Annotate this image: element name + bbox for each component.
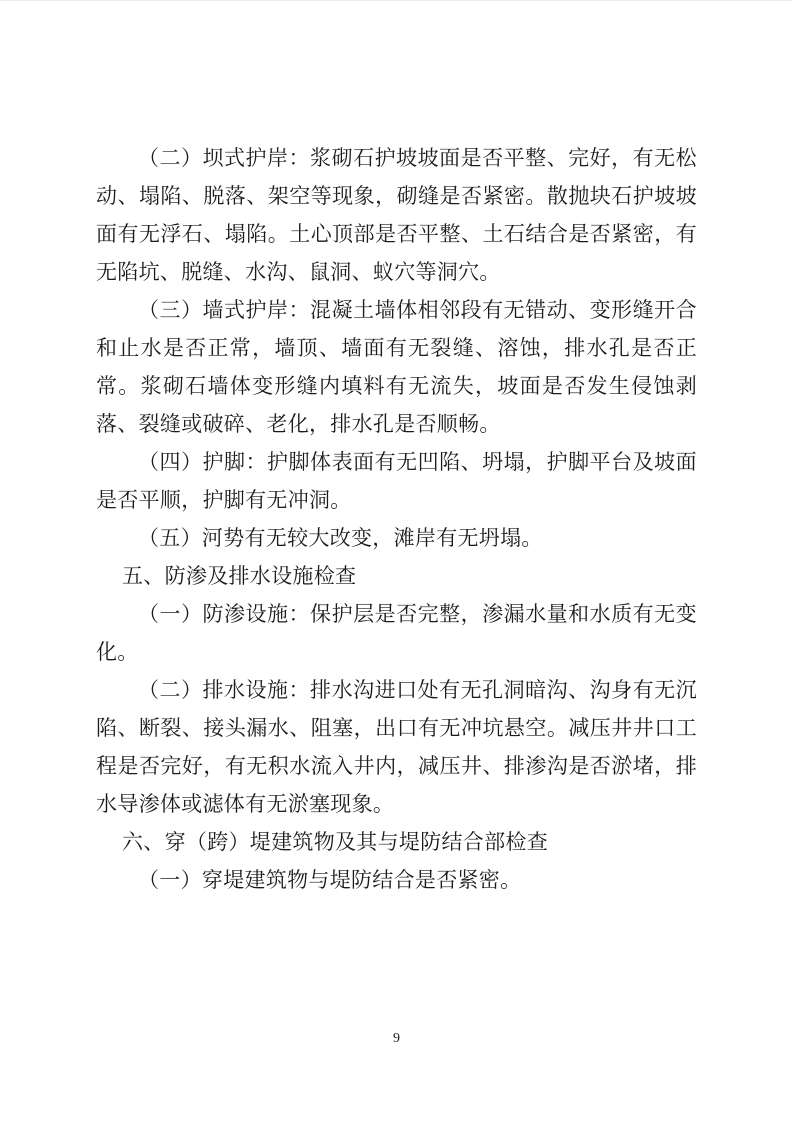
paragraph: （二）坝式护岸：浆砌石护坡坡面是否平整、完好，有无松动、塌陷、脱落、架空等现象，… <box>96 139 697 291</box>
paragraph: （五）河势有无较大改变，滩岸有无坍塌。 <box>96 519 697 557</box>
paragraph: （一）防渗设施：保护层是否完整，渗漏水量和水质有无变化。 <box>96 595 697 671</box>
paragraph: （一）穿堤建筑物与堤防结合是否紧密。 <box>96 861 697 899</box>
paragraph: （四）护脚：护脚体表面有无凹陷、坍塌，护脚平台及坡面是否平顺，护脚有无冲洞。 <box>96 443 697 519</box>
page-footer: 9 <box>0 1029 793 1048</box>
section-heading: 五、防渗及排水设施检查 <box>96 557 697 595</box>
paragraph: （二）排水设施：排水沟进口处有无孔洞暗沟、沟身有无沉陷、断裂、接头漏水、阻塞，出… <box>96 671 697 823</box>
page-body: （二）坝式护岸：浆砌石护坡坡面是否平整、完好，有无松动、塌陷、脱落、架空等现象，… <box>96 139 697 899</box>
page-number: 9 <box>393 1031 400 1046</box>
document-page: （二）坝式护岸：浆砌石护坡坡面是否平整、完好，有无松动、塌陷、脱落、架空等现象，… <box>0 0 793 1122</box>
paragraph: （三）墙式护岸：混凝土墙体相邻段有无错动、变形缝开合和止水是否正常，墙顶、墙面有… <box>96 291 697 443</box>
section-heading: 六、穿（跨）堤建筑物及其与堤防结合部检查 <box>96 823 697 861</box>
